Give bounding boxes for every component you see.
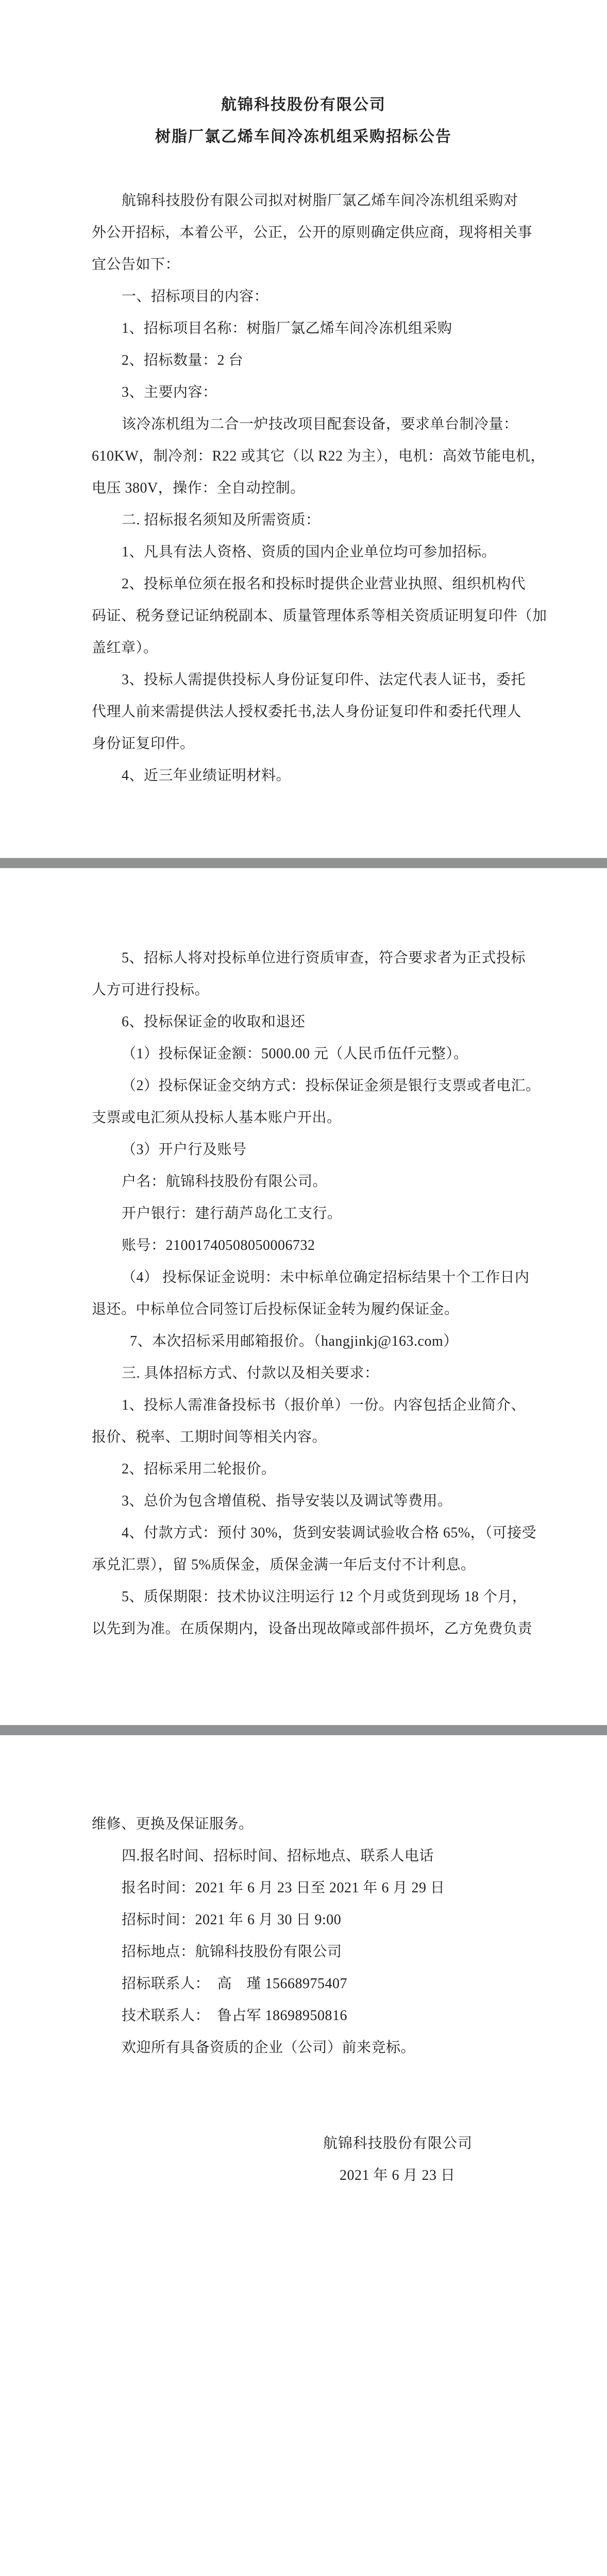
doc-line: 招标联系人： 高 瑾 15668975407 — [0, 1968, 607, 2000]
doc-line: 承兑汇票），留 5%质保金，质保金满一年后支付不计利息。 — [0, 1549, 607, 1581]
blank-line — [0, 2096, 607, 2128]
doc-line: 4、付款方式：预付 30%，货到安装调试验收合格 65%，（可接受 — [0, 1517, 607, 1549]
doc-line: 7、本次招标采用邮箱报价。（hangjinkj@163.com） — [0, 1326, 607, 1358]
doc-line: 招标地点：航锦科技股份有限公司 — [0, 1936, 607, 1968]
page-2: 5、招标人将对投标单位进行资质审查，符合要求者为正式投标人方可进行投标。6、投标… — [0, 868, 607, 1725]
doc-line: 宜公告如下： — [0, 249, 607, 281]
doc-line: 2、投标单位须在报名和投标时提供企业营业执照、组织机构代 — [0, 568, 607, 600]
doc-line: 技术联系人： 鲁占军 18698950816 — [0, 2000, 607, 2032]
doc-line: 维修、更换及保证服务。 — [0, 1808, 607, 1840]
doc-line: 代理人前来需提供法人授权委托书,法人身份证复印件和委托代理人 — [0, 696, 607, 728]
doc-line: 5、质保期限：技术协议注明运行 12 个月或货到现场 18 个月， — [0, 1581, 607, 1613]
doc-title-line: 树脂厂氯乙烯车间冷冻机组采购招标公告 — [0, 121, 607, 153]
doc-line: 电压 380V，操作：全自动控制。 — [0, 472, 607, 504]
blank-line — [0, 2064, 607, 2096]
doc-line: （1）投标保证金额：5000.00 元（人民币伍仟元整）。 — [0, 1038, 607, 1070]
doc-line: 该冷冻机组为二合一炉技改项目配套设备，要求单台制冷量： — [0, 409, 607, 440]
doc-line: 码证、税务登记证纳税副本、质量管理体系等相关资质证明复印件（加 — [0, 600, 607, 632]
doc-line: 报价、税率、工期时间等相关内容。 — [0, 1421, 607, 1453]
doc-line: 户名：航锦科技股份有限公司。 — [0, 1166, 607, 1198]
doc-title-line: 航锦科技股份有限公司 — [0, 89, 607, 121]
doc-line: （4） 投标保证金说明：未中标单位确定招标结果十个工作日内 — [0, 1262, 607, 1294]
doc-line: 2、招标数量：2 台 — [0, 345, 607, 377]
doc-line: 退还。中标单位合同签订后投标保证金转为履约保证金。 — [0, 1294, 607, 1326]
doc-line: 6、投标保证金的收取和退还 — [0, 1006, 607, 1038]
page-1: 航锦科技股份有限公司树脂厂氯乙烯车间冷冻机组采购招标公告航锦科技股份有限公司拟对… — [0, 0, 607, 858]
doc-line: 盖红章）。 — [0, 632, 607, 664]
doc-line: 610KW，制冷剂：R22 或其它（以 R22 为主），电机：高效节能电机， — [0, 440, 607, 472]
doc-line: 三. 具体招标方式、付款以及相关要求： — [0, 1358, 607, 1389]
doc-line: 身份证复印件。 — [0, 728, 607, 760]
doc-line: 外公开招标，本着公平，公正，公开的原则确定供应商，现将相关事 — [0, 217, 607, 249]
doc-line: 3、总价为包含增值税、指导安装以及调试等费用。 — [0, 1485, 607, 1517]
doc-line: 欢迎所有具备资质的企业（公司）前来竞标。 — [0, 2032, 607, 2064]
doc-line: 人方可进行投标。 — [0, 974, 607, 1006]
doc-line: 四.报名时间、招标时间、招标地点、联系人电话 — [0, 1840, 607, 1872]
doc-line: 报名时间：2021 年 6 月 23 日至 2021 年 6 月 29 日 — [0, 1872, 607, 1904]
doc-line: 二. 招标报名须知及所需资质： — [0, 504, 607, 536]
page-3: 维修、更换及保证服务。四.报名时间、招标时间、招标地点、联系人电话报名时间：20… — [0, 1735, 607, 2576]
doc-line: 一、招标项目的内容： — [0, 281, 607, 313]
page-separator — [0, 858, 607, 868]
doc-line: 3、主要内容： — [0, 377, 607, 409]
doc-line: 航锦科技股份有限公司拟对树脂厂氯乙烯车间冷冻机组采购对 — [0, 185, 607, 217]
doc-line: 1、投标人需准备投标书（报价单）一份。内容包括企业简介、 — [0, 1389, 607, 1421]
page-separator — [0, 1725, 607, 1735]
doc-line: 1、凡具有法人资格、资质的国内企业单位均可参加招标。 — [0, 536, 607, 568]
doc-line: 3、投标人需提供投标人身份证复印件、法定代表人证书，委托 — [0, 664, 607, 696]
signature-date: 2021 年 6 月 23 日 — [0, 2160, 607, 2192]
doc-line: 4、近三年业绩证明材料。 — [0, 760, 607, 792]
doc-line: 以先到为准。在质保期内，设备出现故障或部件损坏，乙方免费负责 — [0, 1613, 607, 1645]
doc-line: 2、招标采用二轮报价。 — [0, 1453, 607, 1485]
doc-line: 5、招标人将对投标单位进行资质审查，符合要求者为正式投标 — [0, 942, 607, 974]
doc-line: （2）投标保证金交纳方式：投标保证金须是银行支票或者电汇。 — [0, 1070, 607, 1102]
doc-line: 支票或电汇须从投标人基本账户开出。 — [0, 1102, 607, 1134]
signature-company: 航锦科技股份有限公司 — [0, 2128, 607, 2160]
doc-line: （3）开户行及账号 — [0, 1134, 607, 1166]
doc-line: 账号：21001740508050006732 — [0, 1230, 607, 1262]
doc-line: 1、招标项目名称：树脂厂氯乙烯车间冷冻机组采购 — [0, 313, 607, 345]
document-scan: 航锦科技股份有限公司树脂厂氯乙烯车间冷冻机组采购招标公告航锦科技股份有限公司拟对… — [0, 0, 607, 2576]
doc-line: 开户银行：建行葫芦岛化工支行。 — [0, 1198, 607, 1230]
blank-line — [0, 153, 607, 185]
doc-line: 招标时间：2021 年 6 月 30 日 9:00 — [0, 1904, 607, 1936]
